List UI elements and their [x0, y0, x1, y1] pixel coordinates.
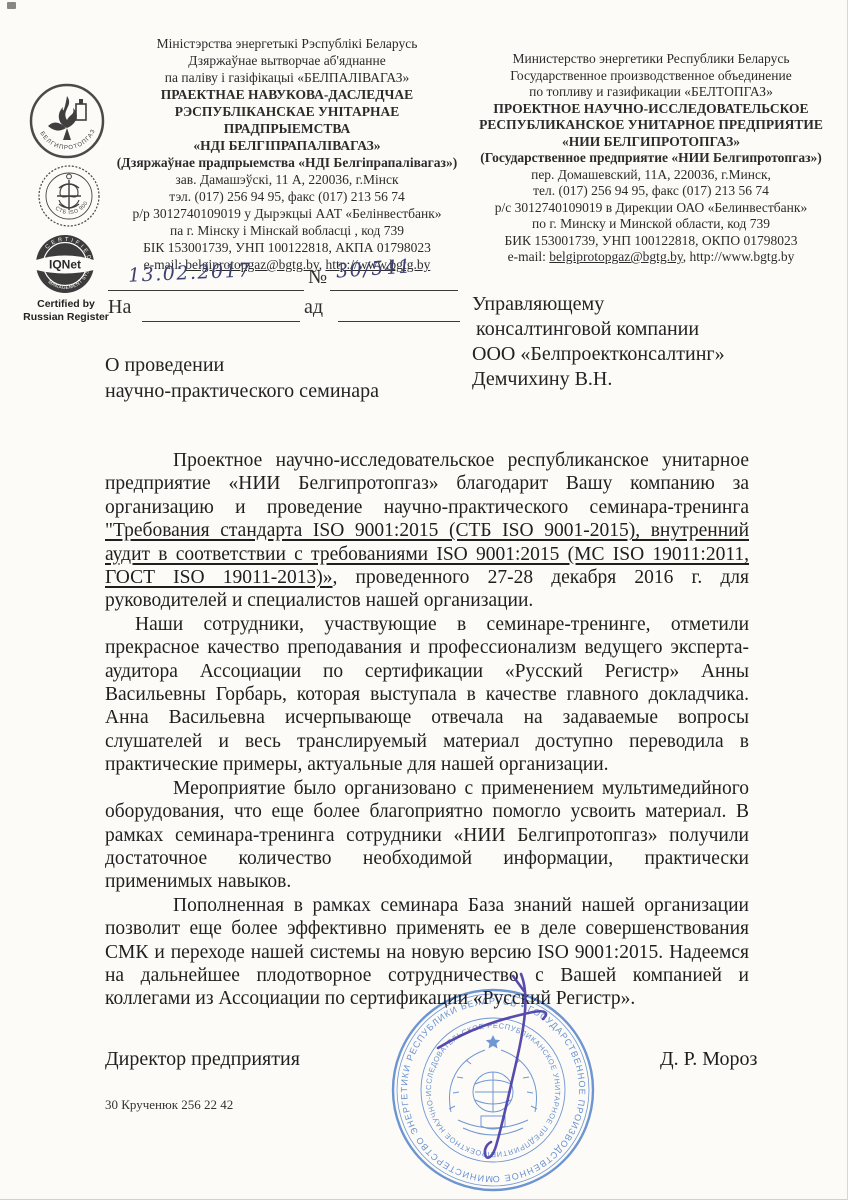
- lh-left-address: зав. Дамашэўскі, 11 А, 220036, г.Мінск: [112, 171, 462, 188]
- subject-line1: О проведении: [105, 352, 445, 378]
- lh-left-line: па паліву і газіфікацыі «БЕЛПАЛІВАГАЗ»: [112, 69, 462, 86]
- lh-right-bank: р/с 3012740109019 в Дирекции ОАО «Белинв…: [472, 200, 830, 217]
- lh-right-line: по топливу и газификации «БЕЛТОПГАЗ»: [472, 84, 830, 101]
- paragraph-3: Мероприятие было организовано с применен…: [105, 777, 749, 894]
- letterhead-russian: Министерство энергетики Республики Белар…: [472, 51, 830, 266]
- subject-block: О проведении научно-практического семина…: [105, 352, 445, 404]
- lh-left-org-alt: (Дзяржаўнае прадпрыемства «НДІ Белгіпрап…: [112, 154, 462, 171]
- signer-position: Директор предприятия: [105, 1048, 300, 1071]
- russian-register-emblem-bottom-text: СТБ ISO 9001: [37, 164, 90, 216]
- handwritten-number: 30/541: [335, 255, 412, 282]
- paragraph-1: Проектное научно-исследовательское респу…: [105, 449, 749, 613]
- handwritten-date: 13.02.2017: [128, 259, 253, 286]
- date-blank-line: [108, 290, 304, 291]
- ad-label: ад: [304, 296, 323, 319]
- lh-left-bank2: па г. Мінску і Мінскай вобласці , код 73…: [112, 222, 462, 239]
- na-blank-line: [142, 321, 300, 322]
- lh-right-line: Государственное производственное объедин…: [472, 68, 830, 85]
- lh-right-address: пер. Домашевский, 11А, 220036, г.Минск,: [472, 167, 830, 184]
- russian-register-emblem-icon: СТБ ISO 9001: [37, 164, 101, 228]
- na-label: На: [108, 296, 131, 319]
- scan-artifact-mark: [7, 2, 16, 9]
- svg-text:СТБ ISO 9001: СТБ ISO 9001: [37, 164, 90, 216]
- iqnet-wordmark: IQNet: [49, 258, 81, 272]
- ad-blank-line: [338, 321, 460, 322]
- lh-right-org-alt: (Государственное предприятие «НИИ Белгип…: [472, 150, 830, 167]
- iqnet-logo-icon: C E R T I F I E D MANAGEMENT SYSTEM IQNe…: [34, 233, 96, 295]
- lh-left-org-name: РЭСПУБЛІКАНСКАЕ УНІТАРНАЕ ПРАДПРЫЕМСТВА: [112, 103, 462, 137]
- iqnet-caption: Certified by Russian Register: [14, 298, 118, 323]
- addressee-company-type: консалтинговой компании: [472, 317, 802, 342]
- lh-right-org-name: ПРОЕКТНОЕ НАУЧНО-ИССЛЕДОВАТЕЛЬСКОЕ: [472, 101, 830, 118]
- lh-right-phone: тел. (017) 256 94 95, факс (017) 213 56 …: [472, 183, 830, 200]
- email-address: belgiprotopgaz@bgtg.by: [549, 249, 682, 264]
- scanned-letter-page: БЕЛГИПРОТОПГАЗ СТБ ISO 9001 C E R: [0, 0, 848, 1200]
- letterhead-belarusian: Міністэрства энергетыкі Рэспублікі Белар…: [112, 35, 462, 273]
- lh-right-email-line: e-mail: belgiprotopgaz@bgtg.by, http://w…: [472, 249, 830, 266]
- executor-note: 30 Крученюк 256 22 42: [105, 1097, 233, 1113]
- lh-left-phone: тэл. (017) 256 94 95, факс (017) 213 56 …: [112, 188, 462, 205]
- number-sign: №: [308, 266, 327, 289]
- lh-right-org-name: РЕСПУБЛИКАНСКОЕ УНИТАРНОЕ ПРЕДПРИЯТИЕ: [472, 117, 830, 134]
- number-blank-line: [330, 290, 458, 291]
- lh-right-line: Министерство энергетики Республики Белар…: [472, 51, 830, 68]
- lh-right-codes: БИК 153001739, УНП 100122818, ОКПО 01798…: [472, 233, 830, 250]
- addressee-company: ООО «Белпроектконсалтинг»: [472, 342, 802, 367]
- lh-left-line: Міністэрства энергетыкі Рэспублікі Белар…: [112, 35, 462, 52]
- handwritten-signature: [383, 960, 603, 1190]
- lh-right-org-name: «НИИ БЕЛГИПРОТОПГАЗ»: [472, 134, 830, 151]
- paragraph-2: Наши сотрудники, участвующие в семинаре-…: [105, 613, 749, 777]
- lh-left-codes: БІК 153001739, УНП 100122818, АКПА 01798…: [112, 239, 462, 256]
- lh-left-org-name: ПРАЕКТНАЕ НАВУКОВА-ДАСЛЕДЧАЕ: [112, 86, 462, 103]
- lh-left-org-name: «НДІ БЕЛГІПРАПАЛІВАГАЗ»: [112, 137, 462, 154]
- website-url: http://www.bgtg.by: [689, 249, 794, 264]
- signer-name: Д. Р. Мороз: [660, 1048, 757, 1071]
- belgiprotopgaz-logo-icon: БЕЛГИПРОТОПГАЗ: [28, 82, 106, 160]
- subject-line2: научно-практического семинара: [105, 378, 445, 404]
- addressee-block: Управляющему консалтинговой компании ООО…: [472, 292, 802, 392]
- addressee-person: Демчихину В.Н.: [472, 367, 802, 392]
- letter-body: Проектное научно-исследовательское респу…: [105, 449, 749, 1011]
- lh-left-line: Дзяржаўнае вытворчае аб'яднанне: [112, 52, 462, 69]
- addressee-position: Управляющему: [472, 292, 802, 317]
- lh-left-bank: р/р 3012740109019 у Дырэкцыі ААТ «Белінв…: [112, 205, 462, 222]
- lh-right-bank2: по г. Минску и Минской области, код 739: [472, 216, 830, 233]
